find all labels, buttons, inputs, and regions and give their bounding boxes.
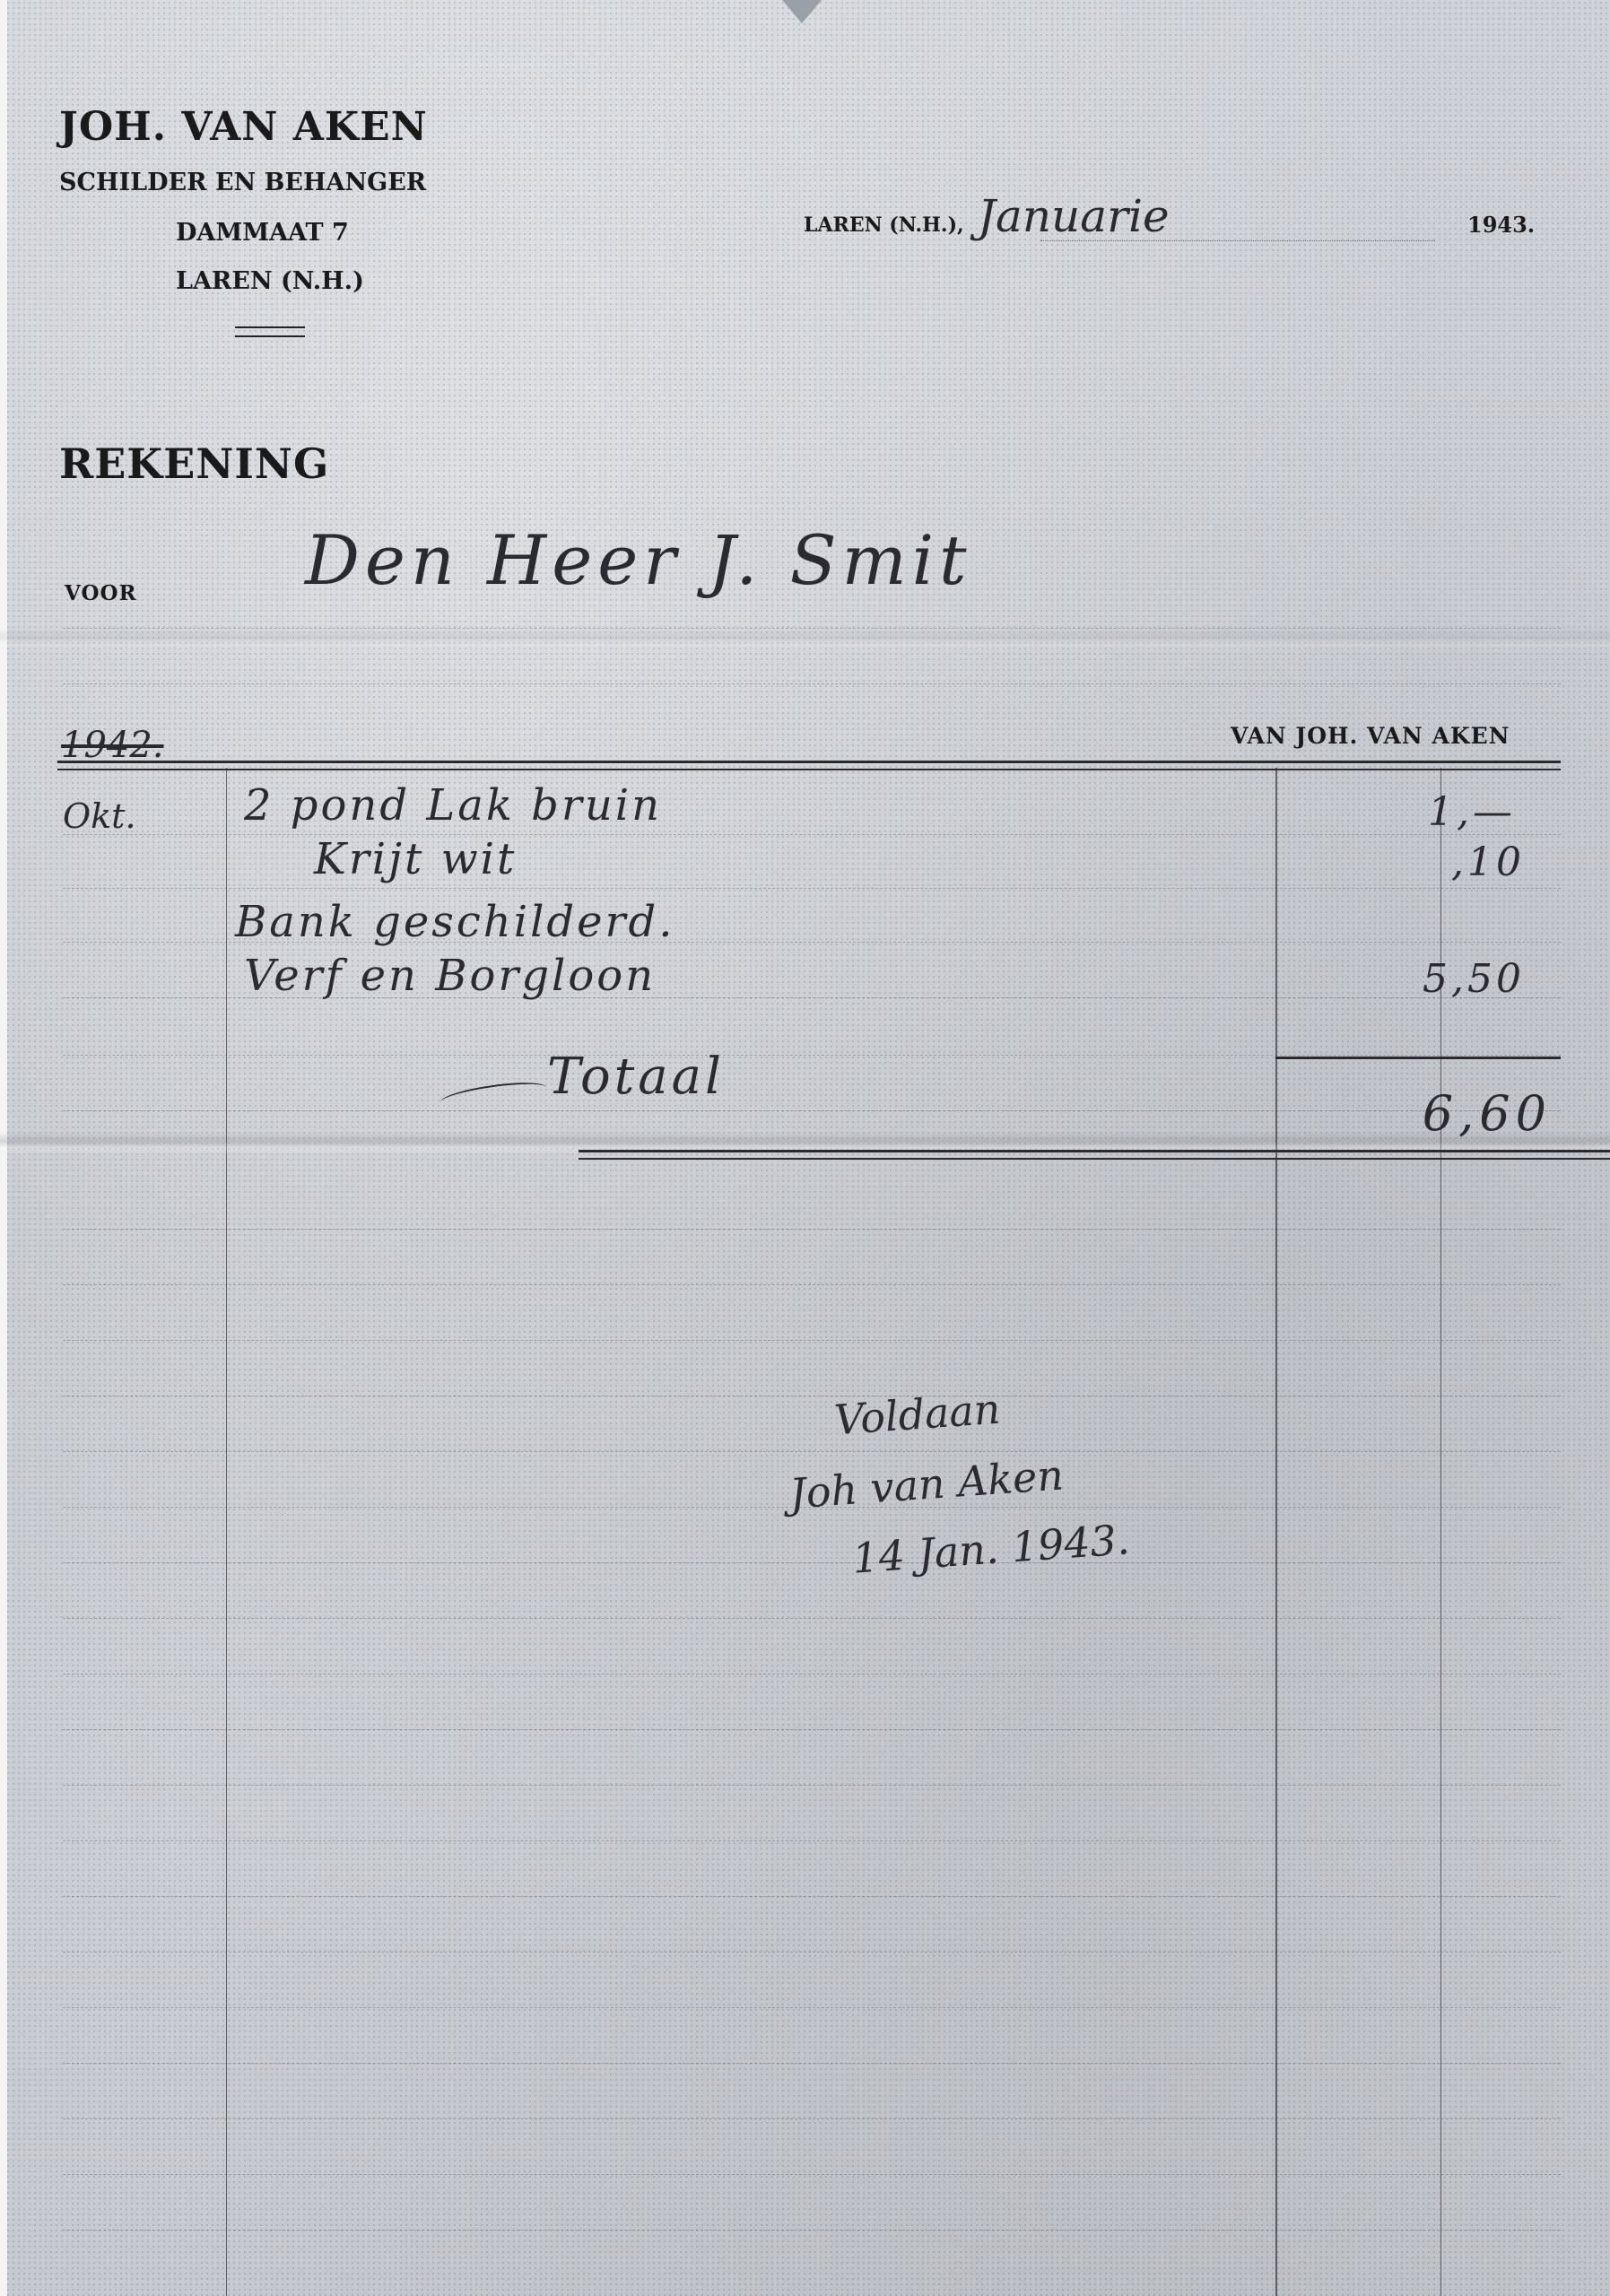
ruled-line (63, 1340, 1561, 1341)
ruled-line (63, 683, 1561, 684)
document-title: REKENING (59, 439, 329, 488)
ruled-line (63, 2230, 1561, 2231)
line-item-description: Verf en Borgloon (244, 951, 656, 1001)
total-flourish (439, 1078, 548, 1112)
recipient-label: VOOR (65, 581, 137, 605)
date-underline (1040, 240, 1435, 241)
line-item-description: Bank geschilderd. (235, 897, 674, 947)
total-label: Totaal (547, 1048, 725, 1106)
ruled-line (63, 1055, 1561, 1056)
paper-corner (782, 0, 822, 23)
paid-status: Voldaan (832, 1385, 1002, 1445)
ruled-line (63, 1284, 1561, 1285)
invoice-sheet: JOH. VAN AKEN SCHILDER EN BEHANGER DAMMA… (0, 0, 1610, 2296)
amount-column-line (1275, 768, 1277, 2296)
ruled-line (63, 1785, 1561, 1786)
recipient-name: Den Heer J. Smit (305, 520, 972, 600)
from-label: VAN JOH. VAN AKEN (1231, 723, 1510, 749)
date-year: 1943. (1467, 212, 1535, 238)
company-trade: SCHILDER EN BEHANGER (59, 169, 426, 196)
letterhead-divider (235, 326, 305, 337)
ruled-line (63, 888, 1561, 889)
ruled-line (63, 1229, 1561, 1230)
line-item-description: Krijt wit (314, 834, 517, 884)
ruled-line (63, 1451, 1561, 1452)
company-name: JOH. VAN AKEN (59, 104, 428, 150)
ruled-line (63, 1729, 1561, 1730)
total-amount: 6,60 (1327, 1085, 1552, 1142)
ruled-line (63, 2063, 1561, 2064)
ruled-line (63, 1896, 1561, 1897)
line-item-amount: ,10 (1292, 839, 1525, 885)
paid-date: 14 Jan. 1943. (850, 1515, 1131, 1582)
total-double-rule (579, 1150, 1610, 1160)
company-town: LAREN (N.H.) (176, 267, 364, 295)
ruled-line (63, 2174, 1561, 2175)
ruled-line (63, 1396, 1561, 1396)
ruled-line (63, 1840, 1561, 1841)
date-column-line (226, 768, 227, 2296)
ruled-line (63, 1674, 1561, 1674)
line-item-amount: 5,50 (1292, 956, 1525, 1002)
line-item-date: Okt. (63, 796, 136, 836)
company-street: DAMMAAT 7 (176, 219, 349, 247)
ruled-line (63, 2118, 1561, 2119)
sum-line (1275, 1057, 1561, 1059)
line-item-description: 2 pond Lak bruin (244, 780, 662, 831)
ruled-line (63, 2007, 1561, 2008)
date-place: LAREN (N.H.), (804, 213, 964, 237)
ruled-line (63, 1952, 1561, 1952)
fold-crease (0, 628, 1610, 651)
ruled-line (63, 1562, 1561, 1563)
date-month: Januarie (978, 190, 1170, 242)
ruled-line (63, 1618, 1561, 1619)
line-item-amount: 1,— (1283, 789, 1516, 835)
signature: Joh van Aken (788, 1450, 1065, 1518)
header-double-rule (57, 761, 1561, 770)
